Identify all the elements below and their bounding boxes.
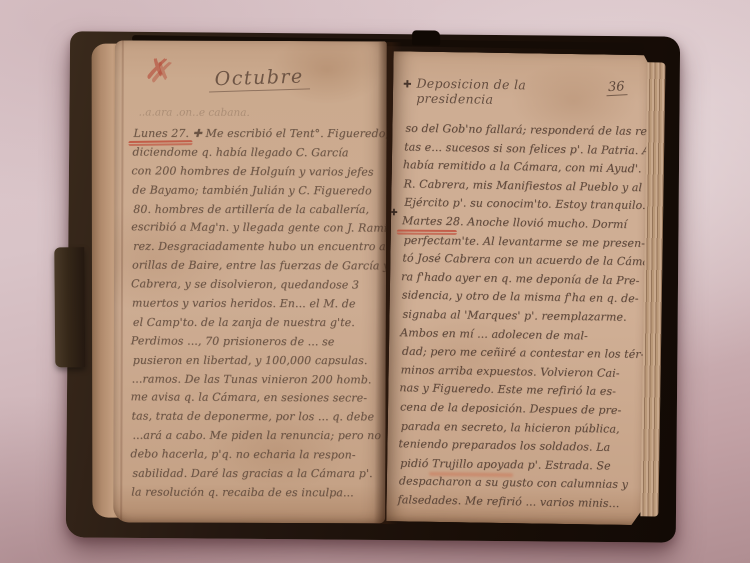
leather-tab <box>54 247 85 367</box>
open-book: ✗ Octubre ..a.ara .on..e cabana. Lunes 2… <box>56 9 701 555</box>
right-page-header-row: ✚ Deposicion de la presidencia 36 <box>403 75 641 109</box>
manuscript-line: sabilidad. Daré las gracias a la Cámara … <box>132 465 382 484</box>
left-page: ✗ Octubre ..a.ara .on..e cabana. Lunes 2… <box>113 40 387 523</box>
manuscript-line: con 200 hombres de Holguín y varios jefe… <box>131 162 381 182</box>
left-margin-fold <box>120 40 124 522</box>
photo-background: ✗ Octubre ..a.ara .on..e cabana. Lunes 2… <box>0 0 750 563</box>
red-underline-date <box>128 140 192 146</box>
manuscript-line: diciendome q. había llegado C. García <box>132 143 382 163</box>
manuscript-line: Cabrera, y se disolvieron, quedandose 3 <box>131 275 381 295</box>
right-page: ✚ Deposicion de la presidencia 36 ✚ so d… <box>386 51 651 525</box>
page-number: 36 <box>606 79 627 96</box>
left-page-text: Lunes 27. ✚ Me escribió el Tent°. Figuer… <box>131 124 382 503</box>
red-x-mark: ✗ <box>143 51 172 89</box>
red-underline-date <box>397 230 457 235</box>
manuscript-line: orillas de Baire, entre las fuerzas de G… <box>132 257 382 277</box>
right-page-title: Deposicion de la presidencia <box>416 76 607 109</box>
manuscript-line: so del Gob'no fallará; responderá de las… <box>405 120 649 142</box>
margin-cross-icon: ✚ <box>390 208 398 218</box>
manuscript-line: falsedades. Me refirió ... varios minis.… <box>397 491 641 514</box>
manuscript-line: Perdimos ..., 70 prisioneros de ... se <box>131 332 381 352</box>
manuscript-line: muertos y varios heridos. En... el M. de <box>132 294 382 314</box>
left-page-title: Octubre <box>208 65 310 92</box>
spine-headband <box>412 30 440 45</box>
manuscript-line: ...ramos. De las Tunas vinieron 200 homb… <box>132 370 382 390</box>
manuscript-line: tas, trata de deponerme, por los ... q. … <box>131 408 381 428</box>
manuscript-line: 80. hombres de artillería de la caballer… <box>133 200 383 219</box>
manuscript-line: de Bayamo; también Julián y C. Figueredo <box>132 181 382 201</box>
manuscript-line: me avisa q. la Cámara, en sesiones secre… <box>131 389 381 409</box>
manuscript-line: dad; pero me ceñiré a contestar en los t… <box>402 343 646 365</box>
header-cross-icon: ✚ <box>403 79 412 90</box>
manuscript-line: pusieron en libertad, y 100,000 capsulas… <box>133 351 383 370</box>
manuscript-line: ...ará a cabo. Me piden la renuncia; per… <box>132 427 382 446</box>
manuscript-line: escribió a Mag'n. y llegada gente con J.… <box>131 219 381 239</box>
manuscript-line: la resolución q. recaiba de es inculpa..… <box>131 483 381 503</box>
manuscript-line: rez. Desgraciadamente hubo un encuentro … <box>133 238 383 257</box>
faint-line: ..a.ara .on..e cabana. <box>139 106 250 118</box>
manuscript-line: el Camp'to. de la zanja de nuestra g'te. <box>133 314 383 333</box>
manuscript-line: debo hacerla, p'q. no echaria la respon- <box>130 445 380 465</box>
right-page-text: so del Gob'no fallará; responderá de las… <box>398 119 648 513</box>
manuscript-line: ra f'hado ayer en q. me deponía de la Pr… <box>401 268 645 291</box>
